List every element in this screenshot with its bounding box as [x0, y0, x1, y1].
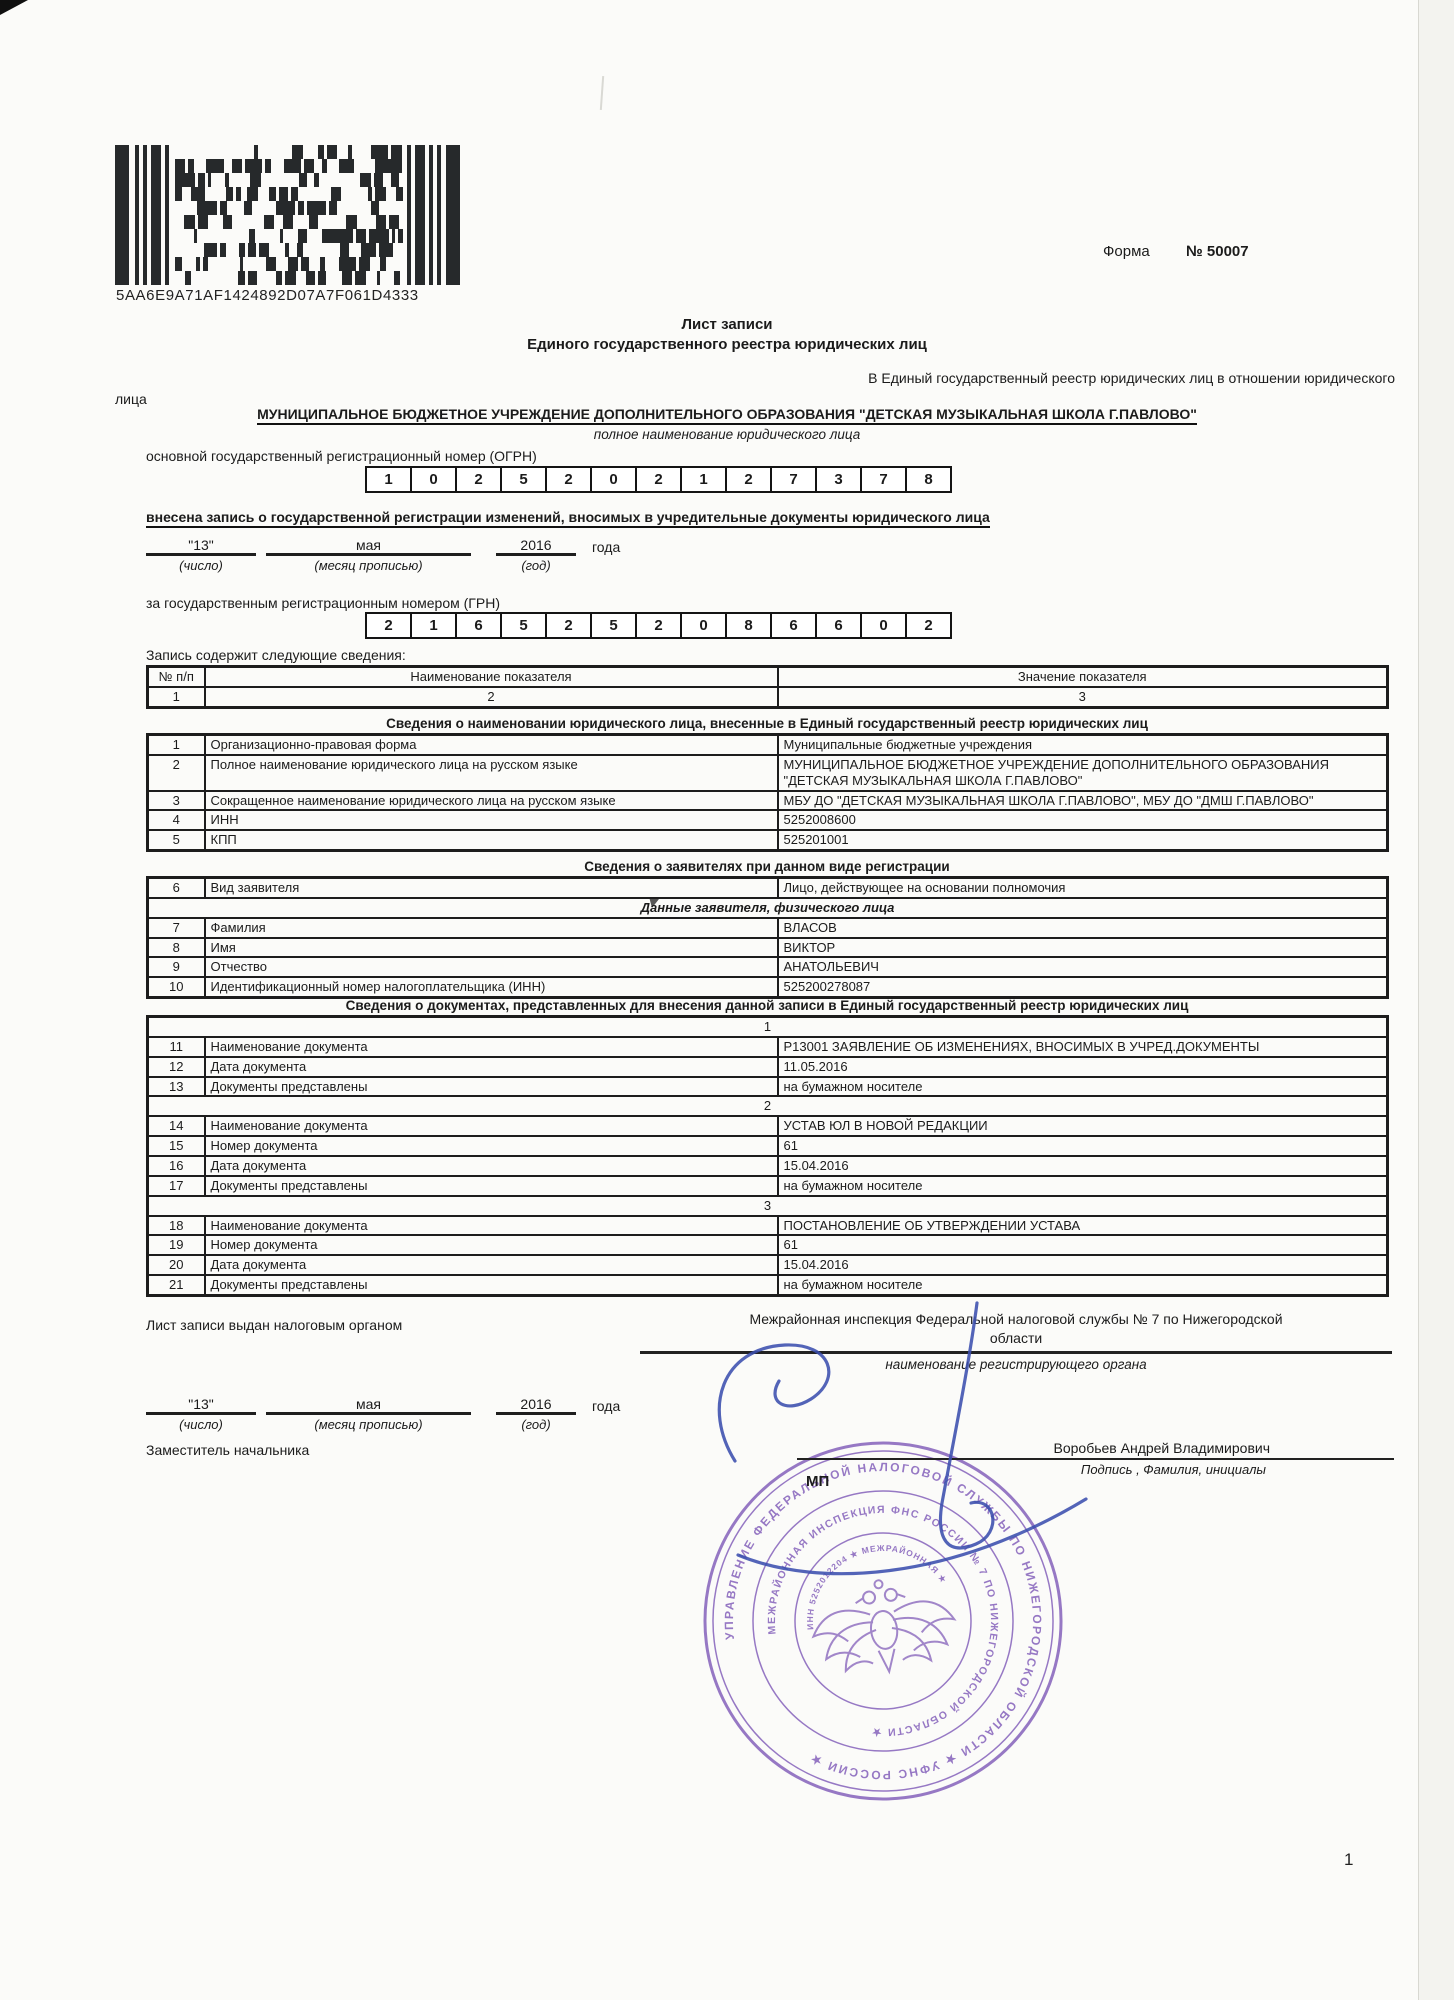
ogrn-digit: 1: [680, 466, 727, 493]
company-caption: полное наименование юридического лица: [0, 427, 1454, 442]
row-value: 61: [778, 1235, 1388, 1255]
row-label: Документы представлены: [205, 1077, 778, 1097]
table-row: 16 Дата документа 15.04.2016: [148, 1156, 1388, 1176]
grn-digit: 6: [815, 612, 862, 639]
registration-statement: внесена запись о государственной регистр…: [146, 509, 990, 528]
page-number: 1: [1344, 1850, 1353, 1870]
documents-table: 1 11 Наименование документа Р13001 ЗАЯВЛ…: [146, 1015, 1389, 1297]
table-row: 10 Идентификационный номер налогоплатель…: [148, 977, 1388, 997]
row-value: 525201001: [778, 830, 1388, 850]
row-number: 13: [148, 1077, 205, 1097]
row-label: Организационно-правовая форма: [205, 735, 778, 755]
row-label: Идентификационный номер налогоплательщик…: [205, 977, 778, 997]
row-value: на бумажном носителе: [778, 1077, 1388, 1097]
registration-statement-line: внесена запись о государственной регистр…: [146, 509, 990, 527]
issue-date-day-caption: (число): [146, 1415, 256, 1432]
row-label: КПП: [205, 830, 778, 850]
fold-mark-artifact: [600, 76, 604, 110]
row-value: 525200278087: [778, 977, 1388, 997]
row-label: Номер документа: [205, 1136, 778, 1156]
row-value: МБУ ДО "ДЕТСКАЯ МУЗЫКАЛЬНАЯ ШКОЛА Г.ПАВЛ…: [778, 791, 1388, 811]
record-date-year-caption: (год): [496, 556, 576, 573]
ogrn-digit: 3: [815, 466, 862, 493]
table-row: 17 Документы представлены на бумажном но…: [148, 1176, 1388, 1196]
record-date-month-caption: (месяц прописью): [266, 556, 471, 573]
applicant-subtitle: Данные заявителя, физического лица: [148, 898, 1388, 918]
row-number: 21: [148, 1275, 205, 1295]
intro-right-text: В Единый государственный реестр юридичес…: [0, 370, 1395, 386]
handwritten-signature: [690, 1293, 1120, 1603]
official-position: Заместитель начальника: [146, 1442, 309, 1458]
table-row: 13 Документы представлены на бумажном но…: [148, 1077, 1388, 1097]
table-row: 8 Имя ВИКТОР: [148, 938, 1388, 958]
row-number: 12: [148, 1057, 205, 1077]
row-number: 3: [148, 791, 205, 811]
ogrn-label: основной государственный регистрационный…: [146, 448, 537, 464]
row-label: Фамилия: [205, 918, 778, 938]
issue-date-month-group: мая (месяц прописью): [266, 1396, 471, 1432]
company-name-line: МУНИЦИПАЛЬНОЕ БЮДЖЕТНОЕ УЧРЕЖДЕНИЕ ДОПОЛ…: [0, 406, 1454, 424]
row-value: Муниципальные бюджетные учреждения: [778, 735, 1388, 755]
table-row: 1: [148, 1017, 1388, 1037]
row-value: МУНИЦИПАЛЬНОЕ БЮДЖЕТНОЕ УЧРЕЖДЕНИЕ ДОПОЛ…: [778, 755, 1388, 791]
row-number: 15: [148, 1136, 205, 1156]
col-header-name: Наименование показателя: [205, 667, 778, 687]
ogrn-digit: 0: [410, 466, 457, 493]
row-number: 8: [148, 938, 205, 958]
record-date-month-group: мая (месяц прописью): [266, 537, 471, 573]
row-number: 4: [148, 810, 205, 830]
grn-digit: 0: [680, 612, 727, 639]
issue-date-day: "13": [146, 1396, 256, 1415]
record-date-year: 2016: [496, 537, 576, 556]
row-number: 2: [148, 755, 205, 791]
issue-date-year-caption: (год): [496, 1415, 576, 1432]
issue-date-day-group: "13" (число): [146, 1396, 256, 1432]
grn-digit-boxes: 2 1 6 5 2 5 2 0 8 6 6 0 2: [365, 612, 952, 639]
row-number: 17: [148, 1176, 205, 1196]
record-date-year-group: 2016 (год): [496, 537, 576, 573]
table-row: 20 Дата документа 15.04.2016: [148, 1255, 1388, 1275]
ogrn-digit: 2: [545, 466, 592, 493]
ogrn-digit: 2: [725, 466, 772, 493]
naming-section-title: Сведения о наименовании юридического лиц…: [107, 716, 1427, 731]
record-date-month: мая: [266, 537, 471, 556]
company-name: МУНИЦИПАЛЬНОЕ БЮДЖЕТНОЕ УЧРЕЖДЕНИЕ ДОПОЛ…: [257, 406, 1197, 425]
applicants-table: 6 Вид заявителя Лицо, действующее на осн…: [146, 876, 1389, 999]
col-number: 2: [205, 687, 778, 707]
row-number: 14: [148, 1116, 205, 1136]
table-row: 3 Сокращенное наименование юридического …: [148, 791, 1388, 811]
col-number: 1: [148, 687, 205, 707]
row-label: Имя: [205, 938, 778, 958]
pdf417-barcode: [115, 145, 460, 285]
issue-date-month-caption: (месяц прописью): [266, 1415, 471, 1432]
row-label: Сокращенное наименование юридического ли…: [205, 791, 778, 811]
ogrn-digit: 7: [770, 466, 817, 493]
col-number: 3: [778, 687, 1388, 707]
record-date-day-caption: (число): [146, 556, 256, 573]
record-date-year-suffix: года: [592, 539, 620, 555]
table-row: 12 Дата документа 11.05.2016: [148, 1057, 1388, 1077]
row-number: 19: [148, 1235, 205, 1255]
col-header-value: Значение показателя: [778, 667, 1388, 687]
ogrn-digit: 1: [365, 466, 412, 493]
table-row: 19 Номер документа 61: [148, 1235, 1388, 1255]
table-row: 6 Вид заявителя Лицо, действующее на осн…: [148, 878, 1388, 898]
table-row: 7 Фамилия ВЛАСОВ: [148, 918, 1388, 938]
row-value: 15.04.2016: [778, 1156, 1388, 1176]
document-group-number: 1: [148, 1017, 1388, 1037]
row-label: Документы представлены: [205, 1176, 778, 1196]
record-date-day: "13": [146, 537, 256, 556]
table-row: 9 Отчество АНАТОЛЬЕВИЧ: [148, 957, 1388, 977]
issue-date-year-suffix: года: [592, 1398, 620, 1414]
grn-digit: 5: [500, 612, 547, 639]
table-row: 2 Полное наименование юридического лица …: [148, 755, 1388, 791]
row-number: 10: [148, 977, 205, 997]
row-number: 9: [148, 957, 205, 977]
row-label: Дата документа: [205, 1057, 778, 1077]
row-value: 5252008600: [778, 810, 1388, 830]
issue-date-month: мая: [266, 1396, 471, 1415]
row-label: Дата документа: [205, 1156, 778, 1176]
grn-label: за государственным регистрационным номер…: [146, 595, 500, 611]
row-value: АНАТОЛЬЕВИЧ: [778, 957, 1388, 977]
signature-strokes: [690, 1293, 1120, 1603]
row-number: 16: [148, 1156, 205, 1176]
row-value: на бумажном носителе: [778, 1176, 1388, 1196]
row-value: 61: [778, 1136, 1388, 1156]
records-header-table: № п/п Наименование показателя Значение п…: [146, 665, 1389, 709]
row-label: Вид заявителя: [205, 878, 778, 898]
issued-by-label: Лист записи выдан налоговым органом: [146, 1317, 402, 1333]
mp-seal-label: МП: [806, 1473, 829, 1490]
grn-digit: 2: [365, 612, 412, 639]
table-row: 5 КПП 525201001: [148, 830, 1388, 850]
ogrn-digit: 0: [590, 466, 637, 493]
table-row: 1 2 3: [148, 687, 1388, 707]
table-row: № п/п Наименование показателя Значение п…: [148, 667, 1388, 687]
row-label: Наименование документа: [205, 1116, 778, 1136]
form-number: № 50007: [1186, 243, 1249, 260]
table-row: 1 Организационно-правовая форма Муниципа…: [148, 735, 1388, 755]
table-row: 15 Номер документа 61: [148, 1136, 1388, 1156]
documents-section-title: Сведения о документах, представленных дл…: [107, 998, 1427, 1013]
row-value: ВИКТОР: [778, 938, 1388, 958]
row-label: Номер документа: [205, 1235, 778, 1255]
row-value: Р13001 ЗАЯВЛЕНИЕ ОБ ИЗМЕНЕНИЯХ, ВНОСИМЫХ…: [778, 1037, 1388, 1057]
row-number: 18: [148, 1216, 205, 1236]
row-number: 20: [148, 1255, 205, 1275]
row-label: Отчество: [205, 957, 778, 977]
issue-date-year: 2016: [496, 1396, 576, 1415]
scan-corner-artifact: [0, 0, 28, 15]
row-label: Наименование документа: [205, 1037, 778, 1057]
form-label: Форма: [1103, 243, 1150, 260]
row-label: Полное наименование юридического лица на…: [205, 755, 778, 791]
scanned-document-page: { "colors": { "stamp_ink": "#8f6fc0", "s…: [0, 0, 1454, 2000]
table-row: 3: [148, 1196, 1388, 1216]
row-number: 5: [148, 830, 205, 850]
ogrn-digit: 7: [860, 466, 907, 493]
col-header-npp: № п/п: [148, 667, 205, 687]
ogrn-digit: 8: [905, 466, 952, 493]
table-row: Данные заявителя, физического лица: [148, 898, 1388, 918]
grn-digit: 8: [725, 612, 772, 639]
grn-digit: 1: [410, 612, 457, 639]
barcode-text: 5AA6E9A71AF1424892D07A7F061D4333: [116, 287, 419, 304]
table-row: 4 ИНН 5252008600: [148, 810, 1388, 830]
row-number: 6: [148, 878, 205, 898]
table-row: 14 Наименование документа УСТАВ ЮЛ В НОВ…: [148, 1116, 1388, 1136]
row-value: Лицо, действующее на основании полномочи…: [778, 878, 1388, 898]
ogrn-digit: 5: [500, 466, 547, 493]
row-label: Наименование документа: [205, 1216, 778, 1236]
document-title-line1: Лист записи: [0, 316, 1454, 333]
row-value: ВЛАСОВ: [778, 918, 1388, 938]
ogrn-digit: 2: [455, 466, 502, 493]
grn-digit: 2: [545, 612, 592, 639]
row-label: Дата документа: [205, 1255, 778, 1275]
document-title-line2: Единого государственного реестра юридиче…: [0, 336, 1454, 353]
grn-digit: 6: [455, 612, 502, 639]
row-label: ИНН: [205, 810, 778, 830]
row-value: ПОСТАНОВЛЕНИЕ ОБ УТВЕРЖДЕНИИ УСТАВА: [778, 1216, 1388, 1236]
grn-digit: 0: [860, 612, 907, 639]
intro-left-text: лица: [115, 391, 147, 407]
document-group-number: 3: [148, 1196, 1388, 1216]
ogrn-digit-boxes: 1 0 2 5 2 0 2 1 2 7 3 7 8: [365, 466, 952, 493]
issue-date-year-group: 2016 (год): [496, 1396, 576, 1432]
row-number: 7: [148, 918, 205, 938]
applicants-section-title: Сведения о заявителях при данном виде ре…: [107, 859, 1427, 874]
document-group-number: 2: [148, 1096, 1388, 1116]
record-date-day-group: "13" (число): [146, 537, 256, 573]
row-value: УСТАВ ЮЛ В НОВОЙ РЕДАКЦИИ: [778, 1116, 1388, 1136]
ogrn-digit: 2: [635, 466, 682, 493]
row-value: 15.04.2016: [778, 1255, 1388, 1275]
row-number: 1: [148, 735, 205, 755]
table-row: 11 Наименование документа Р13001 ЗАЯВЛЕН…: [148, 1037, 1388, 1057]
grn-digit: 2: [905, 612, 952, 639]
row-value: 11.05.2016: [778, 1057, 1388, 1077]
grn-digit: 2: [635, 612, 682, 639]
naming-table: 1 Организационно-правовая форма Муниципа…: [146, 733, 1389, 852]
row-number: 11: [148, 1037, 205, 1057]
table-row: 18 Наименование документа ПОСТАНОВЛЕНИЕ …: [148, 1216, 1388, 1236]
grn-digit: 5: [590, 612, 637, 639]
table-row: 2: [148, 1096, 1388, 1116]
grn-digit: 6: [770, 612, 817, 639]
records-intro: Запись содержит следующие сведения:: [146, 647, 406, 663]
